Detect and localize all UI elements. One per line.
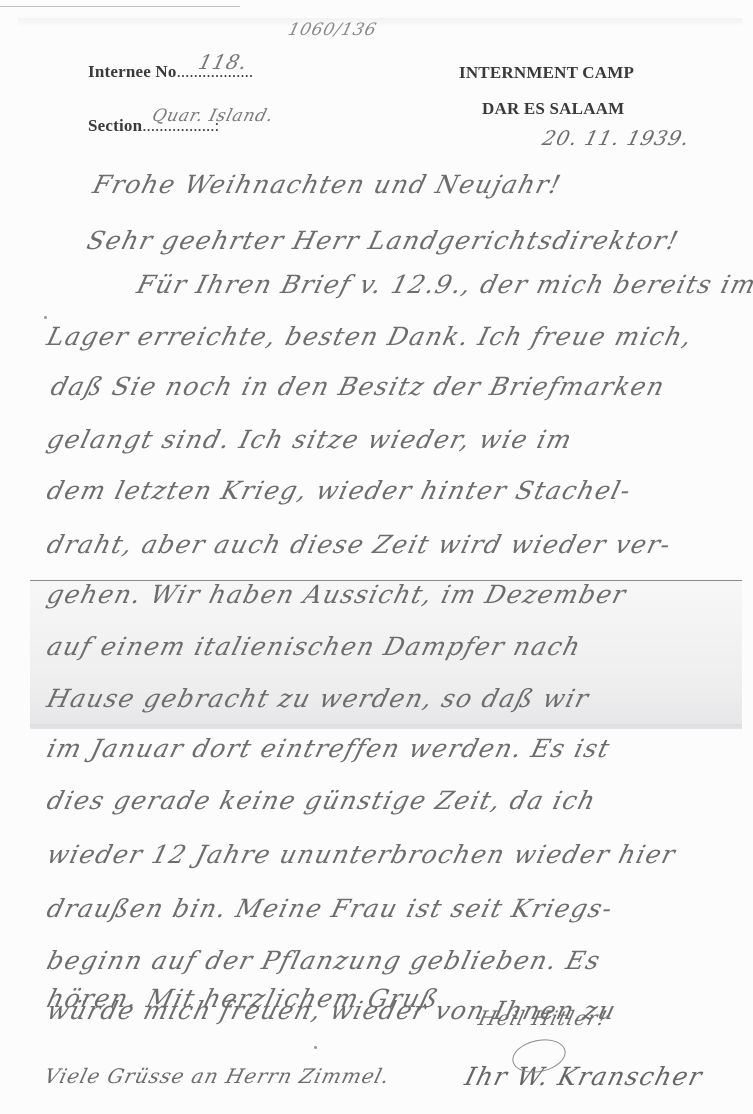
signature: Ihr W. Kranscher xyxy=(462,1062,706,1091)
body-line: wieder 12 Jahre ununterbrochen wieder hi… xyxy=(44,840,679,869)
body-line: draht, aber auch diese Zeit wird wieder … xyxy=(44,530,674,559)
internee-label: Internee No xyxy=(88,62,177,81)
letter-date: 20. 11. 1939. xyxy=(540,126,693,150)
body-line: draußen bin. Meine Frau ist seit Kriegs- xyxy=(44,894,616,923)
scan-shadow-band xyxy=(18,18,743,28)
body-line: dem letzten Krieg, wieder hinter Stachel… xyxy=(44,476,635,505)
scan-edge-line xyxy=(0,6,240,7)
body-line: beginn auf der Pflanzung geblieben. Es xyxy=(44,946,604,975)
ink-speck xyxy=(44,316,47,319)
letter-page: Internee No.................. 118. 1060/… xyxy=(0,0,753,1114)
body-line: dies gerade keine günstige Zeit, da ich xyxy=(44,786,599,815)
section-label: Section xyxy=(88,116,142,135)
body-line: Für Ihren Brief v. 12.9., der mich berei… xyxy=(134,270,753,299)
camp-name: INTERNMENT CAMP xyxy=(459,63,634,83)
greeting-line: Frohe Weihnachten und Neujahr! xyxy=(90,170,565,199)
body-line: gehen. Wir haben Aussicht, im Dezember xyxy=(44,580,630,609)
body-line: im Januar dort eintreffen werden. Es ist xyxy=(44,734,614,763)
postscript: Viele Grüsse an Herrn Zimmel. xyxy=(42,1064,393,1088)
closing: Heil Hitler! xyxy=(476,1006,610,1030)
salutation: Sehr geehrter Herr Landgerichtsdirektor! xyxy=(84,226,682,255)
camp-location: DAR ES SALAAM xyxy=(482,99,624,119)
body-line: auf einem italienischen Dampfer nach xyxy=(44,632,584,661)
reference-number: 1060/136 xyxy=(286,20,379,40)
body-line: hören. Mit herzlichem Gruß xyxy=(44,984,442,1013)
body-line: gelangt sind. Ich sitze wieder, wie im xyxy=(44,425,576,454)
body-line: Lager erreichte, besten Dank. Ich freue … xyxy=(44,322,696,351)
internee-number: 118. xyxy=(196,50,251,74)
body-line: Hause gebracht zu werden, so daß wir xyxy=(44,684,593,713)
section-value: Quar. Island. xyxy=(150,106,276,126)
ink-speck xyxy=(314,1046,317,1049)
paper-overlap-shadow xyxy=(30,724,742,730)
body-line: daß Sie noch in den Besitz der Briefmark… xyxy=(48,372,668,401)
